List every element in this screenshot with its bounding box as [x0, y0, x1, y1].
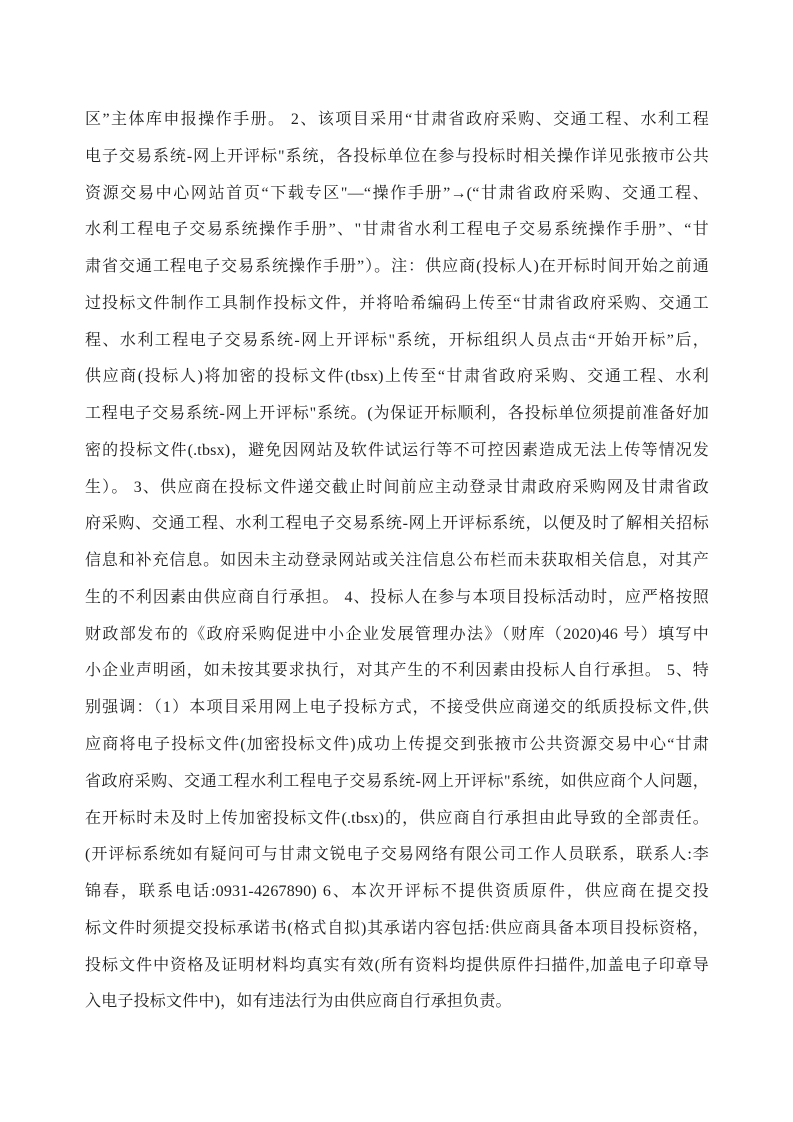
text-line: 锦春，联系电话:0931-4267890) 6、本次开评标不提供资质原件，供应商… — [85, 874, 709, 911]
text-line: 在开标时未及时上传加密投标文件(.tbsx)的，供应商自行承担由此导致的全部责任… — [85, 801, 709, 838]
text-line: 生）。 3、供应商在投标文件递交截止时间前应主动登录甘肃政府采购网及甘肃省政 — [85, 470, 709, 507]
text-line: 财政部发布的《政府采购促进中小企业发展管理办法》（财库（2020)46 号）填写… — [85, 617, 709, 654]
text-line: 供应商(投标人)将加密的投标文件(tbsx)上传至“甘肃省政府采购、交通工程、水… — [85, 359, 709, 396]
document-page: 区”主体库申报操作手册。 2、该项目采用“甘肃省政府采购、交通工程、水利工程电子… — [0, 0, 793, 1122]
text-line: 肃省交通工程电子交易系统操作手册”）。注：供应商(投标人)在开标时间开始之前通 — [85, 249, 709, 286]
text-line: 资源交易中心网站首页“下载专区"—“操作手册”→(“甘肃省政府采购、交通工程、 — [85, 176, 709, 213]
text-line: 生的不利因素由供应商自行承担。 4、投标人在参与本项目投标活动时，应严格按照 — [85, 580, 709, 617]
text-line: 应商将电子投标文件(加密投标文件)成功上传提交到张掖市公共资源交易中心“甘肃 — [85, 727, 709, 764]
text-line: 密的投标文件(.tbsx)，避免因网站及软件试运行等不可控因素造成无法上传等情况… — [85, 433, 709, 470]
text-line: 投标文件中资格及证明材料均真实有效(所有资料均提供原件扫描件,加盖电子印章导 — [85, 948, 709, 985]
text-line: 区”主体库申报操作手册。 2、该项目采用“甘肃省政府采购、交通工程、水利工程 — [85, 102, 709, 139]
text-line: 信息和补充信息。如因未主动登录网站或关注信息公布栏而未获取相关信息，对其产 — [85, 543, 709, 580]
text-line: 别强调：（1）本项目采用网上电子投标方式，不接受供应商递交的纸质投标文件,供 — [85, 690, 709, 727]
text-line: 电子交易系统-网上开评标"系统，各投标单位在参与投标时相关操作详见张掖市公共 — [85, 139, 709, 176]
text-line: 小企业声明函，如未按其要求执行，对其产生的不利因素由投标人自行承担。 5、特 — [85, 653, 709, 690]
text-line: 府采购、交通工程、水利工程电子交易系统-网上开评标系统，以便及时了解相关招标 — [85, 506, 709, 543]
text-line: 程、水利工程电子交易系统-网上开评标"系统，开标组织人员点击“开始开标”后， — [85, 323, 709, 360]
text-line: 省政府采购、交通工程水利工程电子交易系统-网上开评标"系统，如供应商个人问题， — [85, 764, 709, 801]
text-line: 过投标文件制作工具制作投标文件，并将哈希编码上传至“甘肃省政府采购、交通工 — [85, 286, 709, 323]
document-text: 区”主体库申报操作手册。 2、该项目采用“甘肃省政府采购、交通工程、水利工程电子… — [85, 102, 709, 1021]
text-line: (开评标系统如有疑问可与甘肃文锐电子交易网络有限公司工作人员联系，联系人:李 — [85, 837, 709, 874]
text-line: 水利工程电子交易系统操作手册”、"甘肃省水利工程电子交易系统操作手册”、“甘 — [85, 212, 709, 249]
text-line: 入电子投标文件中)，如有违法行为由供应商自行承担负责。 — [85, 984, 709, 1021]
text-line: 工程电子交易系统-网上开评标"系统。(为保证开标顺利，各投标单位须提前准备好加 — [85, 396, 709, 433]
text-line: 标文件时须提交投标承诺书(格式自拟)其承诺内容包括:供应商具备本项目投标资格， — [85, 911, 709, 948]
